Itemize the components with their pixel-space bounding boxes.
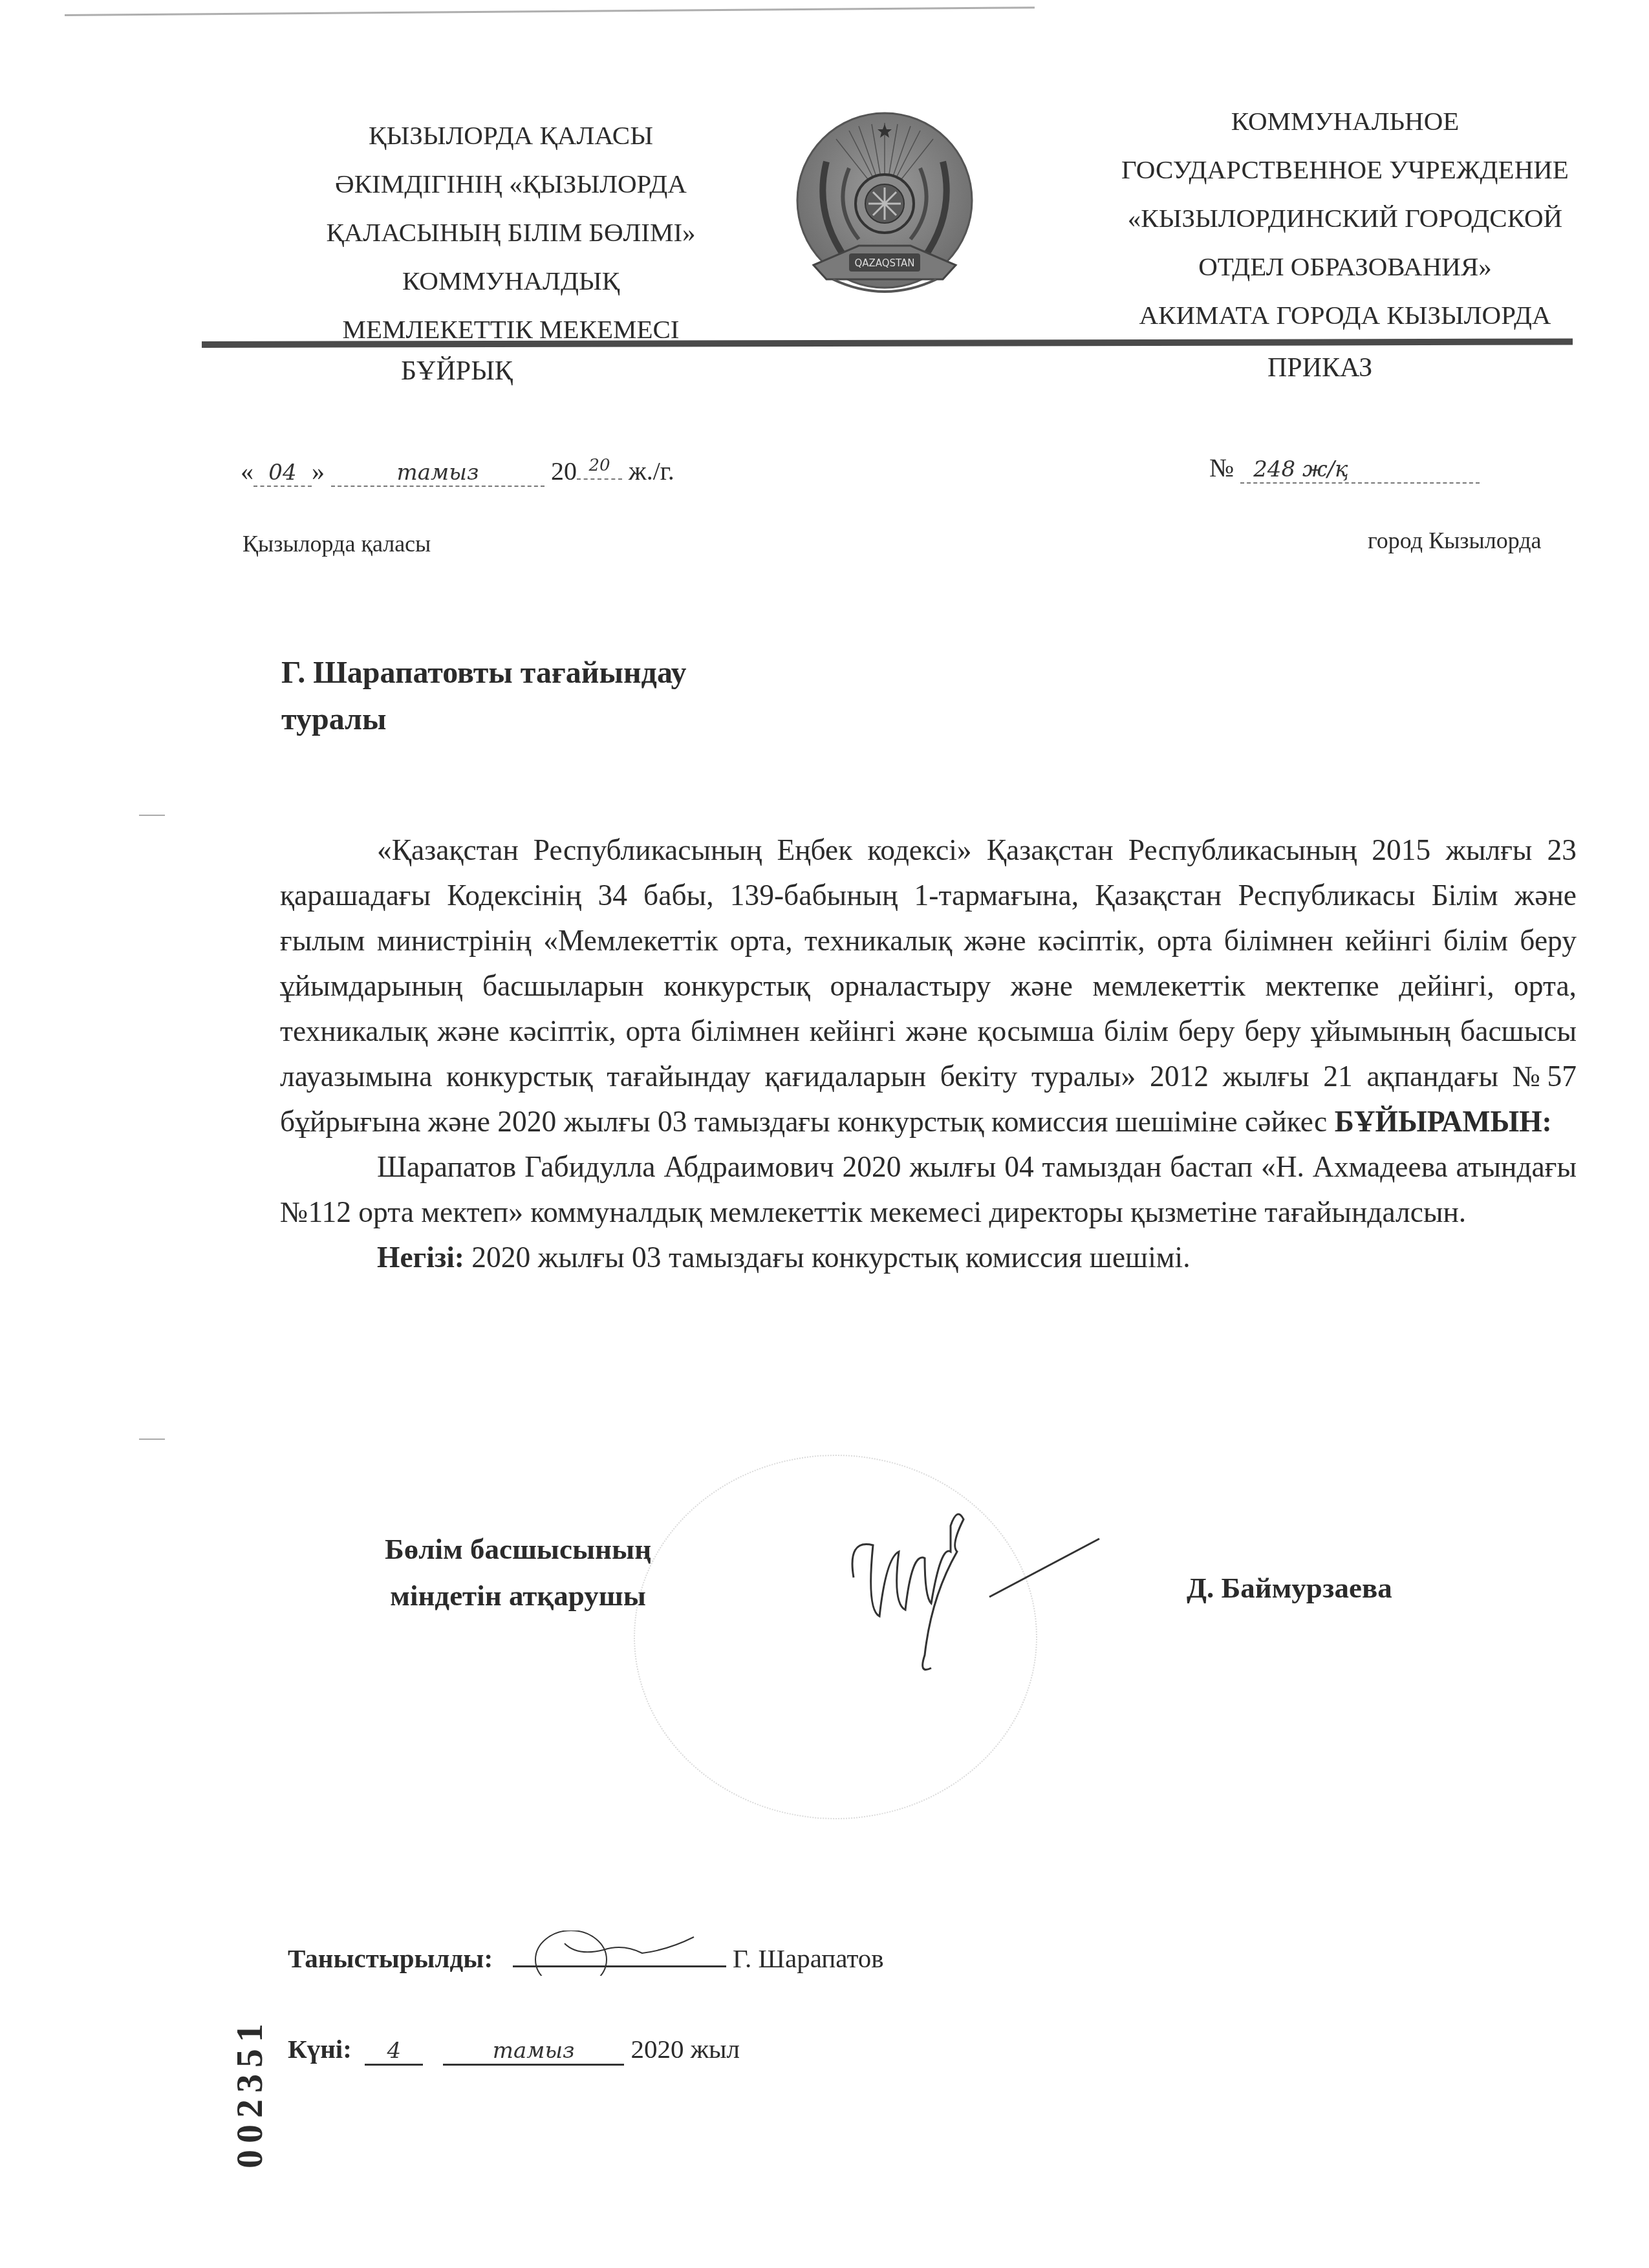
svg-text:QAZAQSTAN: QAZAQSTAN: [854, 257, 914, 269]
margin-mark: [139, 1439, 165, 1440]
scan-artifact-line: [65, 6, 1035, 16]
quote-close: »: [312, 456, 325, 486]
order-date: «04» тамыз 2020 ж./г.: [241, 453, 674, 487]
signatory-position: Бөлім басшысының міндетін атқарушы: [385, 1526, 651, 1619]
ack-year: 2020 жыл: [630, 2034, 740, 2064]
order-title-line: Г. Шарапатовты тағайындау: [281, 650, 686, 696]
org-name-ru-line: КОММУНАЛЬНОЕ: [1061, 97, 1630, 145]
acknowledgement: Таныстырылды: Г. Шарапатов: [288, 1943, 884, 1974]
org-name-kz-line: ӘКІМДІГІНІҢ «ҚЫЗЫЛОРДА: [252, 160, 770, 208]
ack-date-label: Күні:: [288, 2034, 352, 2064]
decision-paragraph: Шарапатов Габидулла Абдраимович 2020 жыл…: [280, 1144, 1577, 1235]
org-name-kz-line: КОММУНАЛДЫҚ: [252, 257, 770, 305]
org-name-kz-line: ҚЫЗЫЛОРДА ҚАЛАСЫ: [252, 111, 770, 160]
date-century: 20: [551, 456, 577, 486]
doc-type-ru: ПРИКАЗ: [1267, 352, 1372, 383]
date-year-field: 20: [577, 453, 622, 480]
org-name-ru-line: ГОСУДАРСТВЕННОЕ УЧРЕЖДЕНИЕ: [1061, 145, 1630, 194]
order-body: «Қазақстан Республикасының Еңбек кодексі…: [280, 828, 1577, 1280]
order-word: БҰЙЫРАМЫН:: [1335, 1105, 1552, 1138]
order-title-line: туралы: [281, 696, 686, 743]
ack-day-field: 4: [365, 2038, 423, 2066]
org-name-ru-line: «КЫЗЫЛОРДИНСКИЙ ГОРОДСКОЙ: [1061, 194, 1630, 242]
ack-signature-field: [513, 1943, 726, 1967]
org-name-ru-line: ОТДЕЛ ОБРАЗОВАНИЯ»: [1061, 242, 1630, 291]
date-suffix: ж./г.: [629, 456, 674, 486]
handwritten-signature-icon: [828, 1481, 1125, 1674]
ack-label: Таныстырылды:: [288, 1943, 493, 1973]
date-day-field: 04: [253, 460, 312, 487]
basis-paragraph: Негізі: 2020 жылғы 03 тамыздағы конкурст…: [280, 1235, 1577, 1280]
signatory-position-line: міндетін атқарушы: [385, 1572, 651, 1619]
org-name-ru-line: АКИМАТА ГОРОДА КЫЗЫЛОРДА: [1061, 291, 1630, 339]
org-name-ru: КОММУНАЛЬНОЕ ГОСУДАРСТВЕННОЕ УЧРЕЖДЕНИЕ …: [1061, 97, 1630, 339]
ack-date: Күні: 4 тамыз 2020 жыл: [288, 2033, 740, 2066]
ack-month-field: тамыз: [443, 2038, 624, 2066]
number-sign: №: [1209, 453, 1234, 482]
state-emblem-icon: QAZAQSTAN: [788, 110, 982, 310]
signatory-name: Д. Баймурзаева: [1187, 1571, 1392, 1605]
city-ru: город Кызылорда: [1368, 527, 1542, 554]
basis-label: Негізі:: [377, 1241, 464, 1274]
serial-number: 002351: [228, 2017, 266, 2168]
org-name-kz: ҚЫЗЫЛОРДА ҚАЛАСЫ ӘКІМДІГІНІҢ «ҚЫЗЫЛОРДА …: [252, 111, 770, 354]
quote-open: «: [241, 456, 253, 486]
ack-name: Г. Шарапатов: [733, 1943, 884, 1973]
order-title: Г. Шарапатовты тағайындау туралы: [281, 650, 686, 743]
date-month-field: тамыз: [331, 460, 544, 487]
order-number: № 248 ж/қ: [1209, 453, 1480, 484]
preamble-paragraph: «Қазақстан Республикасының Еңбек кодексі…: [280, 828, 1577, 1144]
org-name-kz-line: ҚАЛАСЫНЫҢ БІЛІМ БӨЛІМІ»: [252, 208, 770, 257]
city-kz: Қызылорда қаласы: [242, 530, 431, 557]
preamble-text: «Қазақстан Республикасының Еңбек кодексі…: [280, 833, 1577, 1138]
signatory-position-line: Бөлім басшысының: [385, 1526, 651, 1572]
doc-type-kz: БҰЙРЫҚ: [401, 356, 513, 387]
basis-text: 2020 жылғы 03 тамыздағы конкурстық комис…: [464, 1241, 1191, 1274]
margin-mark: [139, 815, 165, 816]
order-number-field: 248 ж/қ: [1240, 456, 1480, 484]
